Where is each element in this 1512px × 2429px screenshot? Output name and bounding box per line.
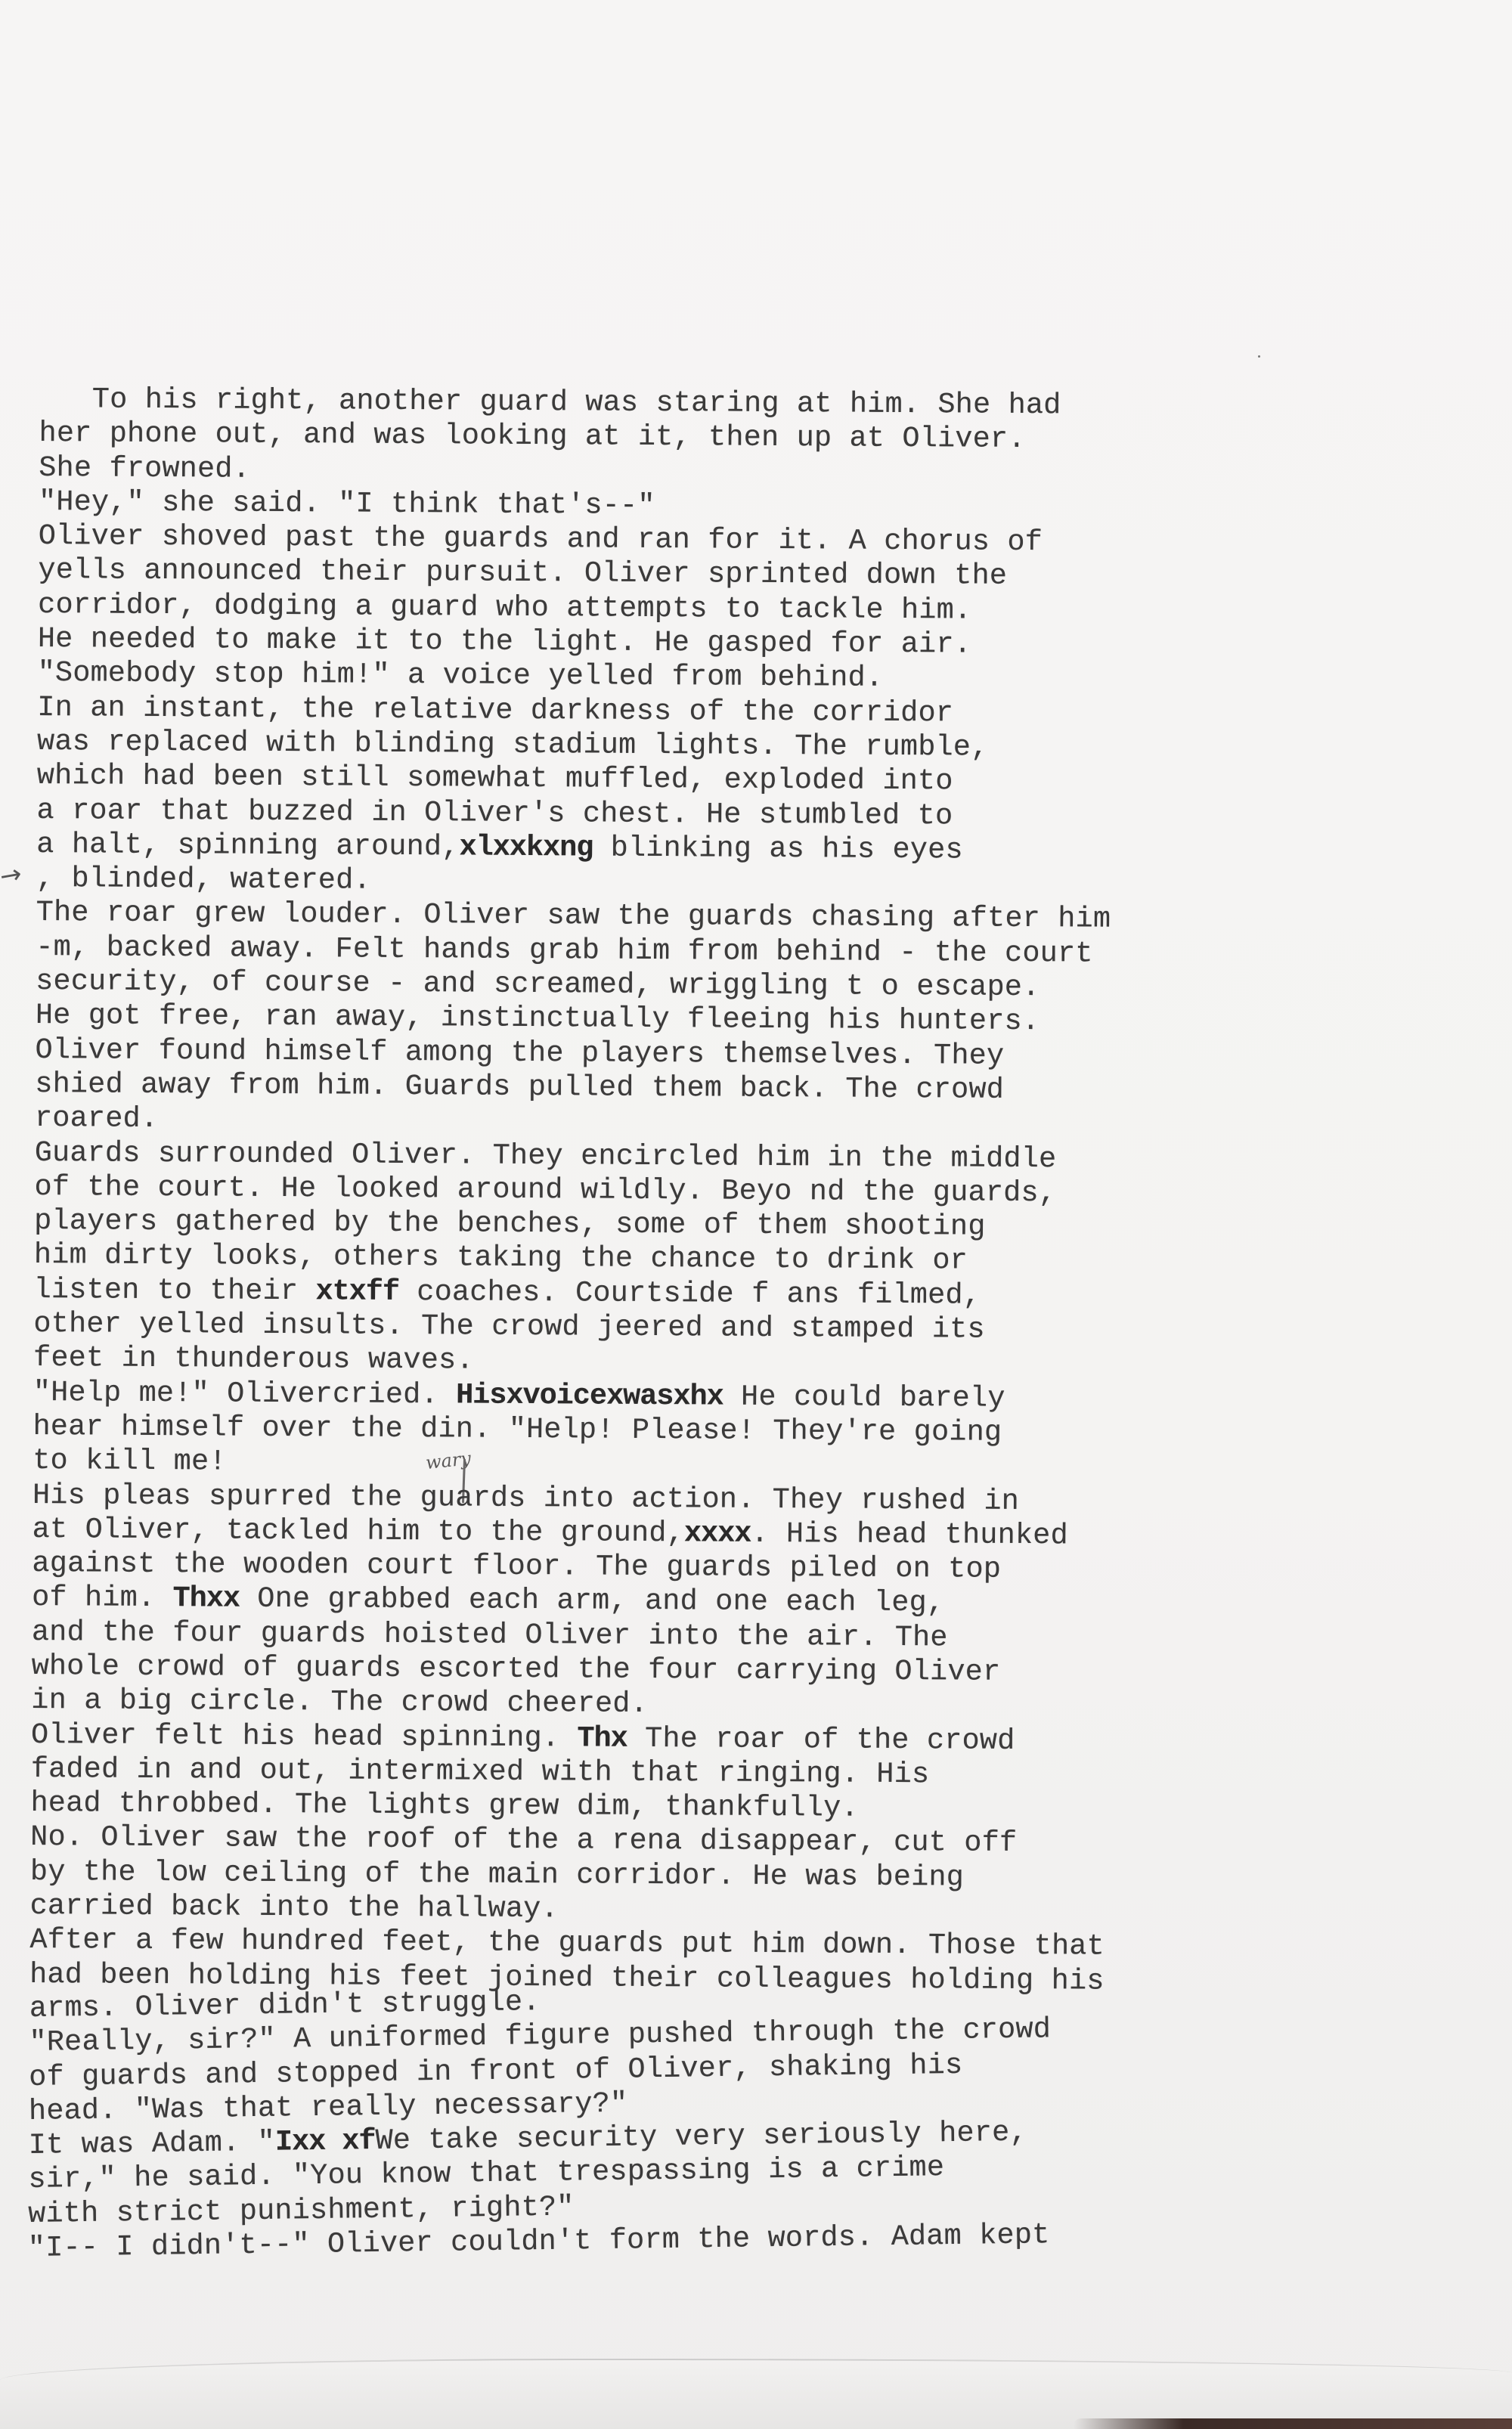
pencil-mark [1258, 355, 1260, 358]
text-segment: of him. [32, 1581, 173, 1615]
text-segment: blinking as his eyes [593, 831, 963, 866]
struck-out-text: xlxxkxng [459, 830, 593, 864]
struck-out-text: xtxff [315, 1275, 399, 1309]
text-segment: listen to their [34, 1273, 316, 1308]
struck-out-text: Hisxvoicexwasxhx [456, 1378, 723, 1413]
typed-body-text: To his right, another guard was staring … [28, 383, 1294, 2273]
text-segment: at Oliver, tackled him to the ground, [33, 1513, 685, 1550]
struck-out-text: Ixx xf [275, 2124, 376, 2159]
text-segment: One grabbed each arm, and one each leg, [240, 1582, 944, 1620]
text-segment: a halt, spinning around, [36, 828, 460, 863]
text-segment: The roar of the crowd [627, 1721, 1015, 1757]
text-segment: He could barely [723, 1380, 1005, 1414]
text-segment: It was Adam. " [28, 2126, 275, 2162]
text-segment: coaches. Courtside f ans filmed, [399, 1275, 981, 1312]
manuscript-page: → wary To his right, another guard was s… [0, 0, 1512, 2429]
struck-out-text: Thxx [172, 1582, 240, 1616]
margin-arrow-icon: → [0, 859, 24, 892]
struck-out-text: Thx [577, 1721, 627, 1755]
text-segment: Oliver felt his head spinning. [31, 1718, 578, 1755]
text-segment: "Help me!" Olivercried. [33, 1376, 457, 1411]
background-edge [1074, 2418, 1512, 2429]
struck-out-text: xxxx [684, 1517, 751, 1551]
text-segment: . His head thunked [751, 1517, 1068, 1553]
